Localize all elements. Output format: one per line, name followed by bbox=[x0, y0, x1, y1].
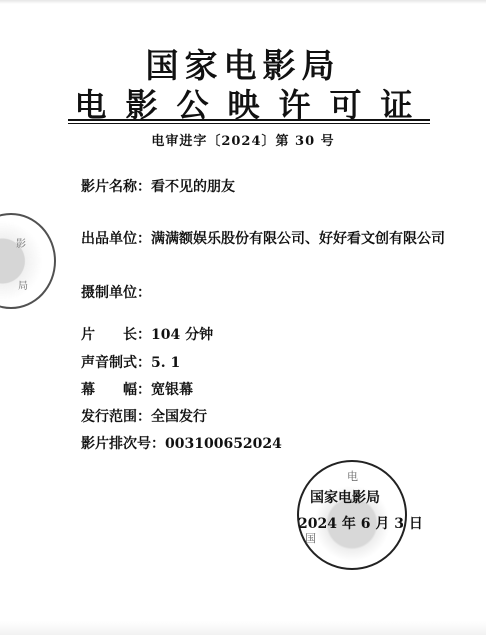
distribution-row: 发行范围：全国发行 bbox=[81, 406, 207, 426]
issue-date: 2024 年 6 月 3 日 bbox=[298, 513, 423, 533]
producer-value: 满满额娱乐股份有限公司、好好看文创有限公司 bbox=[151, 231, 445, 247]
screen-row: 幕 幅：宽银幕 bbox=[81, 379, 193, 399]
page-bottom-shadow bbox=[0, 621, 486, 635]
film-name-row: 影片名称：看不见的朋友 bbox=[81, 176, 235, 196]
left-seal-stamp: 影 局 bbox=[0, 213, 56, 309]
producer-label: 出品单位： bbox=[81, 228, 151, 248]
document-number: 电审进字〔2024〕第 30 号 bbox=[0, 130, 486, 149]
seal-ring-char: 电 bbox=[347, 468, 358, 484]
sound-format-value: 5. 1 bbox=[151, 355, 180, 371]
filming-unit-label: 摄制单位： bbox=[81, 282, 151, 302]
distribution-label: 发行范围： bbox=[81, 406, 151, 426]
title-rule-thick bbox=[68, 119, 430, 121]
seal-ring-char: 影 bbox=[16, 235, 26, 250]
producer-row: 出品单位：满满额娱乐股份有限公司、好好看文创有限公司 bbox=[81, 228, 445, 248]
filming-unit-row: 摄制单位： bbox=[81, 282, 151, 302]
seal-ring-char: 局 bbox=[18, 277, 28, 292]
length-row: 片 长：104 分钟 bbox=[81, 324, 213, 344]
distribution-value: 全国发行 bbox=[151, 409, 207, 425]
sound-format-label: 声音制式： bbox=[81, 352, 151, 372]
film-name-value: 看不见的朋友 bbox=[151, 179, 235, 195]
sound-format-row: 声音制式：5. 1 bbox=[81, 352, 180, 372]
length-label: 片 长 bbox=[81, 324, 137, 344]
serial-number-row: 影片排次号：003100652024 bbox=[81, 433, 282, 453]
screen-colon: ： bbox=[137, 382, 151, 398]
seal-organization: 国家电影局 bbox=[310, 487, 380, 507]
screen-label: 幕 幅 bbox=[81, 379, 137, 399]
length-colon: ： bbox=[137, 327, 151, 343]
serial-number-label: 影片排次号： bbox=[81, 433, 165, 453]
film-name-label: 影片名称： bbox=[81, 176, 151, 196]
title-rule-thin bbox=[68, 123, 430, 124]
serial-number-value: 003100652024 bbox=[165, 436, 282, 452]
page-top-shadow bbox=[0, 0, 486, 4]
screen-value: 宽银幕 bbox=[151, 382, 193, 398]
length-value: 104 分钟 bbox=[151, 327, 213, 343]
